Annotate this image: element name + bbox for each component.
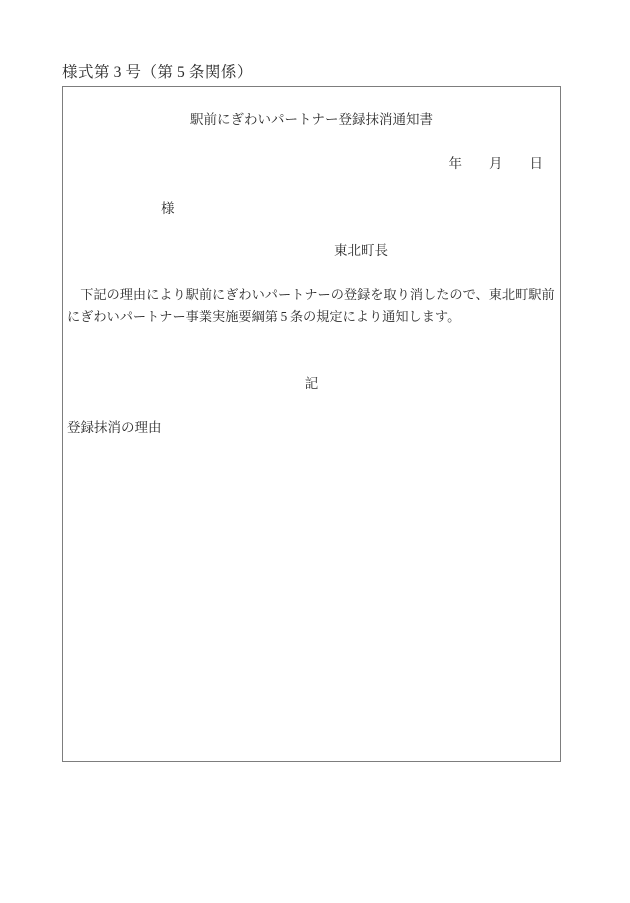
- body-paragraph: 下記の理由により駅前にぎわいパートナーの登録を取り消したので、東北町駅前 にぎわ…: [67, 284, 558, 327]
- reason-label: 登録抹消の理由: [67, 416, 162, 436]
- body-line-2: にぎわいパートナー事業実施要綱第 5 条の規定により通知します。: [67, 306, 558, 328]
- document-page: 様式第 3 号（第 5 条関係） 駅前にぎわいパートナー登録抹消通知書 年 月 …: [0, 0, 630, 903]
- date-line: 年 月 日: [449, 152, 544, 172]
- notice-box: 駅前にぎわいパートナー登録抹消通知書 年 月 日 様 東北町長 下記の理由により…: [62, 86, 561, 762]
- record-marker: 記: [63, 372, 560, 392]
- form-number-label: 様式第 3 号（第 5 条関係）: [62, 60, 253, 82]
- body-line-1: 下記の理由により駅前にぎわいパートナーの登録を取り消したので、東北町駅前: [67, 284, 558, 306]
- addressee-honorific: 様: [161, 197, 175, 217]
- sender-name: 東北町長: [334, 239, 388, 259]
- document-title: 駅前にぎわいパートナー登録抹消通知書: [63, 108, 560, 128]
